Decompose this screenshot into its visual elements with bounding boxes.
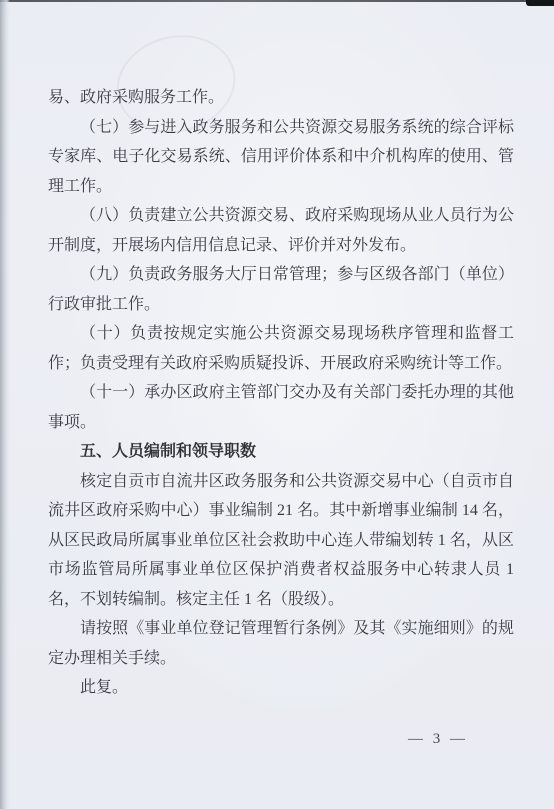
paragraph-item-seven: （七）参与进入政务服务和公共资源交易服务系统的综合评标专家库、电子化交易系统、信… xyxy=(48,113,514,202)
paragraph-procedures: 请按照《事业单位登记管理暂行条例》及其《实施细则》的规定办理相关手续。 xyxy=(48,614,514,673)
closing-line: 此复。 xyxy=(48,673,514,703)
document-body: 易、政府采购服务工作。 （七）参与进入政务服务和公共资源交易服务系统的综合评标专… xyxy=(48,83,514,754)
paragraph-continuation: 易、政府采购服务工作。 xyxy=(48,83,514,113)
paragraph-item-eight: （八）负责建立公共资源交易、政府采购现场从业人员行为公开制度，开展场内信用信息记… xyxy=(48,201,514,260)
scanned-document-page: 易、政府采购服务工作。 （七）参与进入政务服务和公共资源交易服务系统的综合评标专… xyxy=(0,0,554,809)
scan-artifact-left-edge xyxy=(0,0,10,809)
scan-artifact-top-edge xyxy=(0,0,554,2)
section-heading-five: 五、人员编制和领导职数 xyxy=(48,437,514,467)
paragraph-item-eleven: （十一）承办区政府主管部门交办及有关部门委托办理的其他事项。 xyxy=(48,378,514,437)
paragraph-item-nine: （九）负责政务服务大厅日常管理；参与区级各部门（单位）行政审批工作。 xyxy=(48,260,514,319)
paragraph-staffing: 核定自贡市自流井区政务服务和公共资源交易中心（自贡市自流井区政府采购中心）事业编… xyxy=(48,467,514,615)
page-number: — 3 — xyxy=(48,725,514,755)
paragraph-item-ten: （十）负责按规定实施公共资源交易现场秩序管理和监督工作；负责受理有关政府采购质疑… xyxy=(48,319,514,378)
scan-artifact-top-right-corner xyxy=(526,0,554,6)
